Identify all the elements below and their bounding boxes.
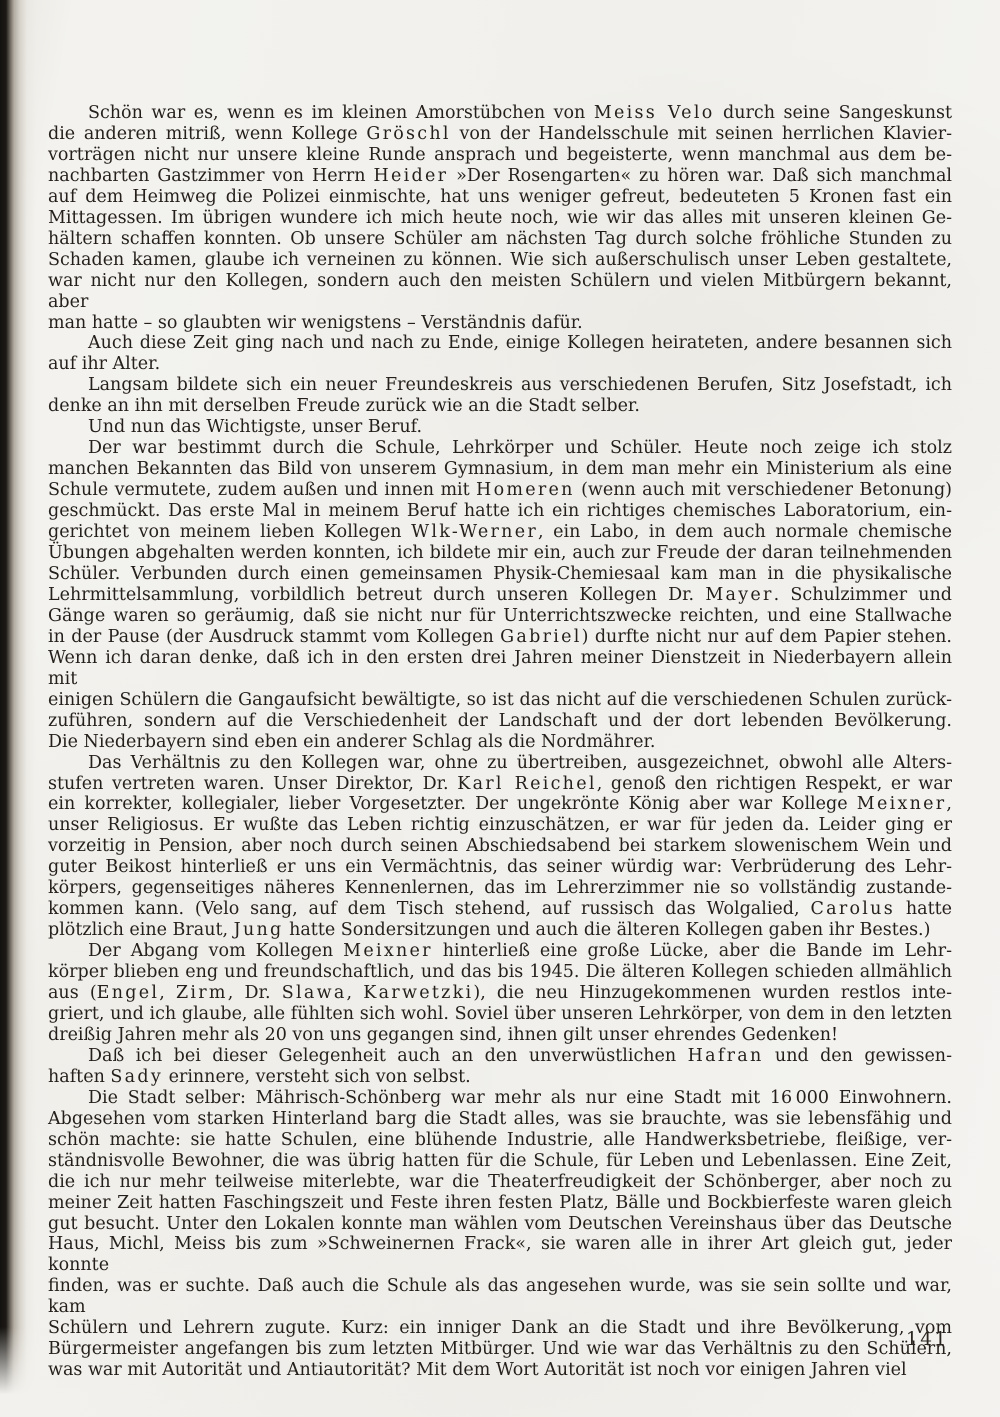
text-run: hatte Sondersitzungen und auch die älter… [284,920,931,940]
text-line: auf dem Heimweg die Polizei einmischte, … [48,187,952,208]
text-run: Langsam bildete sich ein neuer Freundesk… [88,375,952,395]
spaced-name: Slawa [282,983,347,1003]
text-line: vorträgen nicht nur unsere kleine Runde … [48,145,952,166]
page-text: Schön war es, wenn es im kleinen Amorstü… [48,103,952,1381]
spaced-name: Carolus [810,899,895,919]
text-run: aus ( [48,983,97,1003]
text-run: gerichtet von meinem lieben Kollegen [48,522,411,542]
text-line: vorzeitig in Pension, aber noch durch se… [48,836,952,857]
text-run: vorträgen nicht nur unsere kleine Runde … [48,145,952,165]
text-run: Auch diese Zeit ging nach und nach zu En… [88,333,952,353]
text-run: nachbarten Gastzimmer von Herrn [48,166,373,186]
spaced-name: Meixner [857,794,947,814]
text-line: in der Pause (der Ausdruck stammt vom Ko… [48,627,952,648]
text-run: , Dr. [228,983,282,1003]
text-run: , [946,794,952,814]
paragraph: Und nun das Wichtigste, unser Beruf. [48,417,952,438]
text-line: Haus, Michl, Meiss bis zum »Schweinernen… [48,1234,952,1276]
text-line: Wenn ich daran denke, daß ich in den ers… [48,648,952,690]
text-run: »Der Rosengarten« zu hören war. Daß sich… [448,166,952,186]
text-line: Die Stadt selber: Mährisch-Schönberg war… [48,1088,952,1109]
text-run: Schaden kamen, glaube ich verneinen zu k… [48,250,952,270]
text-run: Die Niederbayern sind eben ein anderer S… [48,732,655,752]
text-run: gut besucht. Unter den Lokalen konnte ma… [48,1214,952,1234]
text-run: von der Handelsschule mit seinen herrlic… [451,124,952,144]
text-line: stufen vertreten waren. Unser Direktor, … [48,774,952,795]
text-line: Gänge waren so geräumig, daß sie nicht n… [48,606,952,627]
text-run: kommen kann. (Velo sang, auf dem Tisch s… [48,899,810,919]
text-line: gerichtet von meinem lieben Kollegen Wlk… [48,522,952,543]
spaced-name: Mayer [705,585,773,605]
text-line: hältern schaffen konnten. Ob unsere Schü… [48,229,952,250]
paragraph: Langsam bildete sich ein neuer Freundesk… [48,375,952,417]
text-run: Mittagessen. Im übrigen wundere ich mich… [48,208,952,228]
spaced-name: Sady [110,1067,163,1087]
page-number: 141 [906,1329,949,1350]
text-run: meiner Zeit hatten Faschingszeit und Fes… [48,1193,952,1213]
paragraph: Schön war es, wenn es im kleinen Amorstü… [48,103,952,333]
text-line: Daß ich bei dieser Gelegenheit auch an d… [48,1046,952,1067]
text-run: man hatte – so glaubten wir wenigstens –… [48,313,583,333]
text-line: war nicht nur den Kollegen, sondern auch… [48,271,952,313]
spaced-name: Wlk-Werner [411,522,538,542]
text-run: plötzlich eine Braut, [48,920,234,940]
text-run: Schüler. Verbunden durch einen gemeinsam… [48,564,952,584]
text-run: die anderen mitriß, wenn Kollege [48,124,366,144]
text-run: , genoß den richtigen Respekt, er war [597,774,952,794]
text-line: Der war bestimmt durch die Schule, Lehrk… [48,438,952,459]
spaced-name: Heider [373,166,448,186]
text-line: auf ihr Alter. [48,354,952,375]
paragraph: Das Verhältnis zu den Kollegen war, ohne… [48,753,952,942]
text-line: gut besucht. Unter den Lokalen konnte ma… [48,1214,952,1235]
book-page: Schön war es, wenn es im kleinen Amorstü… [0,0,1000,1417]
text-run: körper blieben eng und freundschaftlich,… [48,962,952,982]
text-line: Schülern und Lehrern zugute. Kurz: ein i… [48,1318,952,1339]
scan-edge-fade [0,1327,36,1417]
text-run: war nicht nur den Kollegen, sondern auch… [48,271,952,312]
paragraph: Auch diese Zeit ging nach und nach zu En… [48,333,952,375]
text-run: schön machte: sie hatte Schulen, eine bl… [48,1130,952,1150]
text-line: plötzlich eine Braut, Jung hatte Sonders… [48,920,952,941]
text-run: , [159,983,176,1003]
text-run: manchen Bekannten das Bild von unserem G… [48,459,952,479]
text-run: ein korrekter, kollegialer, lieber Vorge… [48,794,857,814]
spaced-name: Meixner [343,941,433,961]
spaced-name: Zirm [176,983,228,1003]
text-run: ständnisvolle Bewohner, die was übrig ha… [48,1151,952,1171]
text-run: denke an ihn mit derselben Freude zurück… [48,396,640,416]
text-run: dreißig Jahren mehr als 20 von uns gegan… [48,1025,838,1045]
text-run: Schön war es, wenn es im kleinen Amorstü… [88,103,594,123]
text-run: durch seine Sangeskunst [715,103,952,123]
text-line: Abgesehen vom starken Hinterland barg di… [48,1109,952,1130]
text-run: geschmückt. Das erste Mal in meinem Beru… [48,501,952,521]
text-line: kommen kann. (Velo sang, auf dem Tisch s… [48,899,952,920]
text-line: finden, was er suchte. Daß auch die Schu… [48,1276,952,1318]
text-line: guter Beikost hinterließ er uns ein Verm… [48,857,952,878]
text-line: körpers, gegenseitiges näheres Kennenler… [48,878,952,899]
text-run: vorzeitig in Pension, aber noch durch se… [48,836,952,856]
text-run: , ein Labo, in dem auch normale chemisch… [538,522,952,542]
text-run: Der war bestimmt durch die Schule, Lehrk… [88,438,952,458]
text-run: Abgesehen vom starken Hinterland barg di… [48,1109,952,1129]
text-line: ständnisvolle Bewohner, die was übrig ha… [48,1151,952,1172]
spaced-name: Jung [234,920,284,940]
text-run: auf dem Heimweg die Polizei einmischte, … [48,187,952,207]
text-run: Und nun das Wichtigste, unser Beruf. [88,417,422,437]
text-run: haften [48,1067,110,1087]
text-line: schön machte: sie hatte Schulen, eine bl… [48,1130,952,1151]
text-run: Lehrmittelsammlung, vorbildlich betreut … [48,585,705,605]
spaced-name: Homeren [476,480,575,500]
text-run: Der Abgang vom Kollegen [88,941,343,961]
text-line: Auch diese Zeit ging nach und nach zu En… [48,333,952,354]
text-run: und den gewissen- [764,1046,952,1066]
text-run: griert, und ich glaube, alle fühlten sic… [48,1004,952,1024]
text-line: Langsam bildete sich ein neuer Freundesk… [48,375,952,396]
text-line: einigen Schülern die Gangaufsicht bewält… [48,690,952,711]
text-line: aus (Engel, Zirm, Dr. Slawa, Karwetzki),… [48,983,952,1004]
text-run: Übungen abgehalten werden konnten, ich b… [48,543,952,563]
text-run: Wenn ich daran denke, daß ich in den ers… [48,648,952,689]
text-run: Haus, Michl, Meiss bis zum »Schweinernen… [48,1234,952,1275]
text-run: Das Verhältnis zu den Kollegen war, ohne… [88,753,952,773]
text-run: zuführen, sondern auf die Verschiedenhei… [48,711,952,731]
spaced-name: Hafran [688,1046,764,1066]
text-run: finden, was er suchte. Daß auch die Schu… [48,1276,952,1317]
spaced-name: Meiss Velo [594,103,715,123]
text-line: Das Verhältnis zu den Kollegen war, ohne… [48,753,952,774]
text-line: Lehrmittelsammlung, vorbildlich betreut … [48,585,952,606]
text-run: auf ihr Alter. [48,354,160,374]
text-line: Schüler. Verbunden durch einen gemeinsam… [48,564,952,585]
text-run: Schule vermutete, zudem außen und innen … [48,480,476,500]
text-line: Der Abgang vom Kollegen Meixner hinterli… [48,941,952,962]
text-run: , [347,983,364,1003]
text-line: nachbarten Gastzimmer von Herrn Heider »… [48,166,952,187]
text-run: hatte [895,899,952,919]
text-run: hinterließ eine große Lücke, aber die Ba… [433,941,952,961]
text-line: Schaden kamen, glaube ich verneinen zu k… [48,250,952,271]
text-run: ) durfte nicht nur auf dem Papier stehen… [582,627,952,647]
spaced-name: Gabriel [500,627,581,647]
text-line: Mittagessen. Im übrigen wundere ich mich… [48,208,952,229]
text-run: Schülern und Lehrern zugute. Kurz: ein i… [48,1318,952,1338]
spaced-name: Engel [97,983,160,1003]
text-run: stufen vertreten waren. Unser Direktor, … [48,774,457,794]
text-line: zuführen, sondern auf die Verschiedenhei… [48,711,952,732]
text-line: Bürgermeister angefangen bis zum letzten… [48,1339,952,1360]
text-line: was war mit Autorität und Antiautorität?… [48,1360,952,1381]
text-line: geschmückt. Das erste Mal in meinem Beru… [48,501,952,522]
text-line: man hatte – so glaubten wir wenigstens –… [48,313,952,334]
text-line: Übungen abgehalten werden konnten, ich b… [48,543,952,564]
text-line: manchen Bekannten das Bild von unserem G… [48,459,952,480]
text-line: Und nun das Wichtigste, unser Beruf. [48,417,952,438]
text-line: Schule vermutete, zudem außen und innen … [48,480,952,501]
text-run: unser Religiosus. Er wußte das Leben ric… [48,815,952,835]
text-line: denke an ihn mit derselben Freude zurück… [48,396,952,417]
text-line: körper blieben eng und freundschaftlich,… [48,962,952,983]
paragraph: Der war bestimmt durch die Schule, Lehrk… [48,438,952,752]
spaced-name: Karl Reichel [457,774,597,794]
text-line: Schön war es, wenn es im kleinen Amorstü… [48,103,952,124]
text-run: Bürgermeister angefangen bis zum letzten… [48,1339,952,1359]
text-line: haften Sady erinnere, versteht sich von … [48,1067,952,1088]
spaced-name: Gröschl [366,124,450,144]
text-run: guter Beikost hinterließ er uns ein Verm… [48,857,952,877]
text-run: . Schulzimmer und [774,585,952,605]
text-run: einigen Schülern die Gangaufsicht bewält… [48,690,952,710]
text-line: die ich nur mehr teilweise miterlebte, w… [48,1172,952,1193]
text-line: die anderen mitriß, wenn Kollege Gröschl… [48,124,952,145]
text-run: in der Pause (der Ausdruck stammt vom Ko… [48,627,500,647]
paragraph: Die Stadt selber: Mährisch-Schönberg war… [48,1088,952,1381]
paragraph: Der Abgang vom Kollegen Meixner hinterli… [48,941,952,1046]
text-run: was war mit Autorität und Antiautorität?… [48,1360,907,1380]
text-line: ein korrekter, kollegialer, lieber Vorge… [48,794,952,815]
spaced-name: Karwetzki [363,983,473,1003]
text-run: Gänge waren so geräumig, daß sie nicht n… [48,606,952,626]
text-line: meiner Zeit hatten Faschingszeit und Fes… [48,1193,952,1214]
text-run: (wenn auch mit verschiedener Betonung) [575,480,952,500]
text-line: Die Niederbayern sind eben ein anderer S… [48,732,952,753]
text-run: Daß ich bei dieser Gelegenheit auch an d… [88,1046,688,1066]
text-run: ), die neu Hinzugekommenen wurden restlo… [473,983,952,1003]
text-line: dreißig Jahren mehr als 20 von uns gegan… [48,1025,952,1046]
text-line: griert, und ich glaube, alle fühlten sic… [48,1004,952,1025]
text-run: Die Stadt selber: Mährisch-Schönberg war… [88,1088,952,1108]
text-run: körpers, gegenseitiges näheres Kennenler… [48,878,952,898]
scan-left-edge [0,0,36,1417]
text-run: erinnere, versteht sich von selbst. [163,1067,471,1087]
text-run: die ich nur mehr teilweise miterlebte, w… [48,1172,952,1192]
paragraph: Daß ich bei dieser Gelegenheit auch an d… [48,1046,952,1088]
text-run: hältern schaffen konnten. Ob unsere Schü… [48,229,952,249]
text-line: unser Religiosus. Er wußte das Leben ric… [48,815,952,836]
